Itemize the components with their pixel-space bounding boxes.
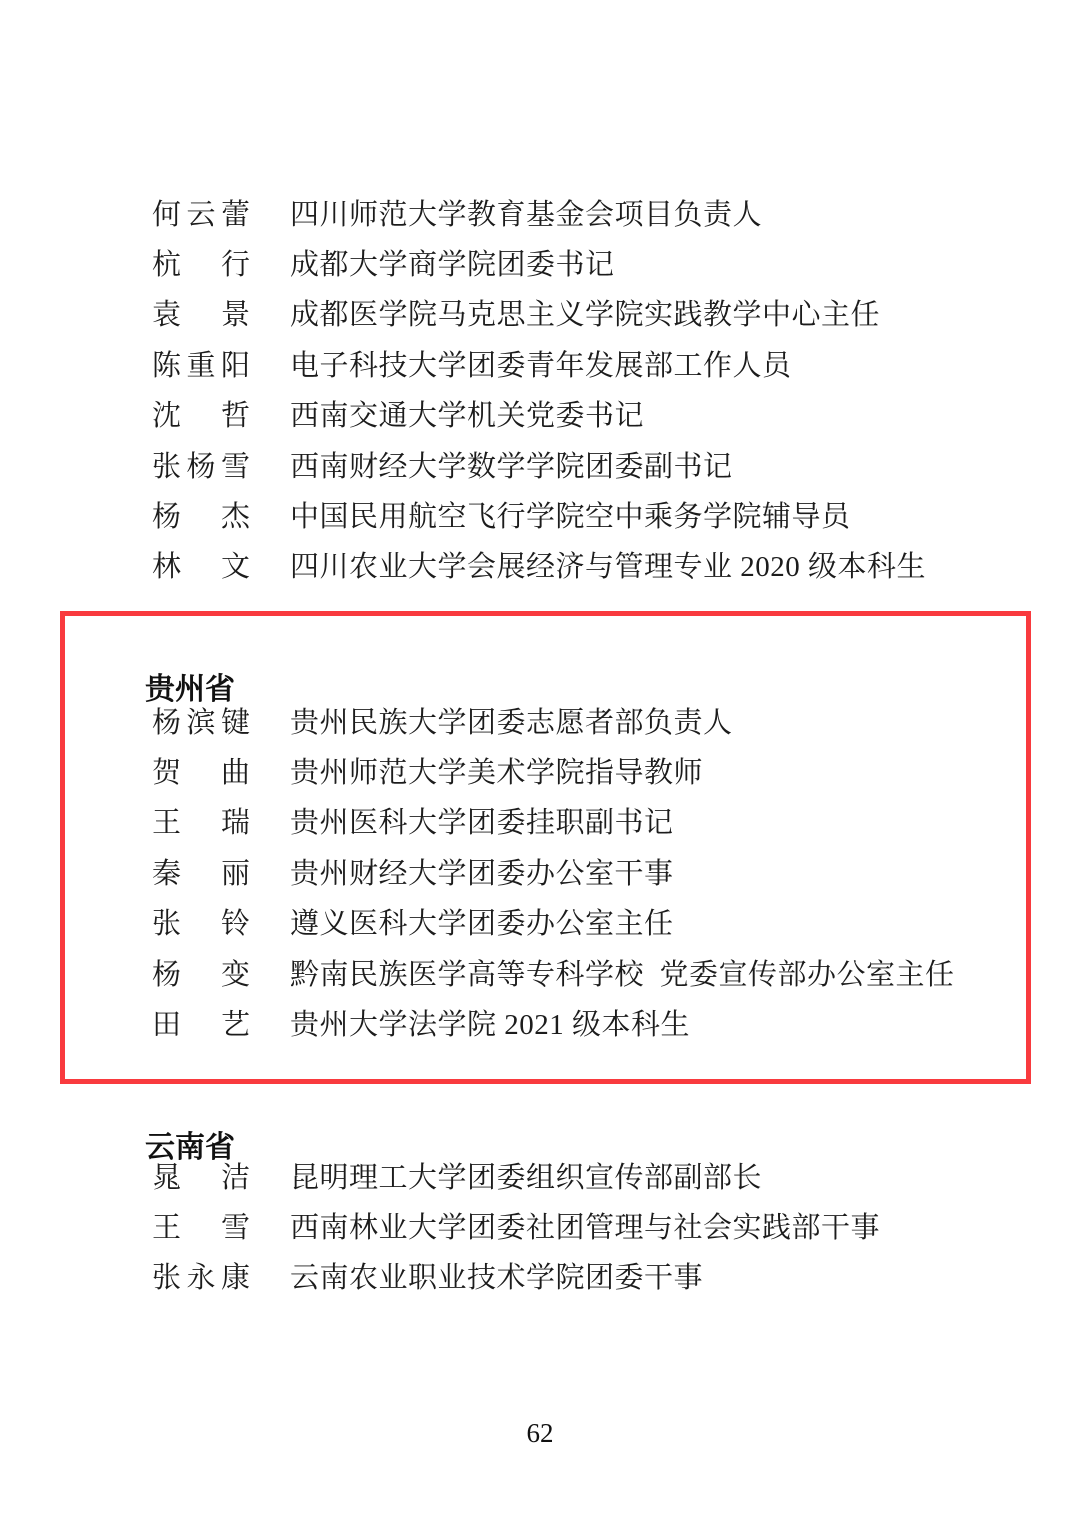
section-sichuan-entries: 何云蕾 四川师范大学教育基金会项目负责人 杭行 成都大学商学院团委书记 袁景 成… — [152, 187, 1040, 590]
person-name: 杨杰 — [152, 494, 250, 535]
person-affiliation: 西南交通大学机关党委书记 — [290, 393, 644, 434]
section-yunnan-entries: 晁洁 昆明理工大学团委组织宣传部副部长 王雪 西南林业大学团委社团管理与社会实践… — [152, 1150, 1040, 1301]
person-affiliation: 遵义医科大学团委办公室主任 — [290, 901, 674, 942]
person-affiliation: 四川师范大学教育基金会项目负责人 — [290, 192, 762, 233]
person-affiliation: 电子科技大学团委青年发展部工作人员 — [290, 343, 792, 384]
list-item: 杨杰 中国民用航空飞行学院空中乘务学院辅导员 — [152, 489, 1040, 539]
list-item: 张永康 云南农业职业技术学院团委干事 — [152, 1251, 1040, 1301]
list-item: 何云蕾 四川师范大学教育基金会项目负责人 — [152, 187, 1040, 237]
list-item: 王瑞 贵州医科大学团委挂职副书记 — [152, 796, 1040, 846]
page-number: 62 — [0, 1418, 1080, 1449]
list-item: 晁洁 昆明理工大学团委组织宣传部副部长 — [152, 1150, 1040, 1200]
person-name: 袁景 — [152, 292, 250, 333]
list-item: 贺曲 贵州师范大学美术学院指导教师 — [152, 745, 1040, 795]
list-item: 杨变 黔南民族医学高等专科学校 党委宣传部办公室主任 — [152, 947, 1040, 997]
person-name: 杭行 — [152, 242, 250, 283]
person-name: 沈哲 — [152, 393, 250, 434]
person-name: 张永康 — [152, 1255, 250, 1296]
document-page: 何云蕾 四川师范大学教育基金会项目负责人 杭行 成都大学商学院团委书记 袁景 成… — [0, 0, 1080, 1527]
person-affiliation: 贵州大学法学院 2021 级本科生 — [290, 1002, 690, 1043]
person-affiliation: 贵州师范大学美术学院指导教师 — [290, 750, 703, 791]
person-affiliation: 成都医学院马克思主义学院实践教学中心主任 — [290, 292, 880, 333]
person-affiliation: 贵州医科大学团委挂职副书记 — [290, 800, 674, 841]
list-item: 田艺 贵州大学法学院 2021 级本科生 — [152, 997, 1040, 1047]
list-item: 张铃 遵义医科大学团委办公室主任 — [152, 897, 1040, 947]
person-affiliation: 黔南民族医学高等专科学校 党委宣传部办公室主任 — [290, 952, 955, 993]
list-item: 陈重阳 电子科技大学团委青年发展部工作人员 — [152, 338, 1040, 388]
person-affiliation: 西南财经大学数学学院团委副书记 — [290, 444, 733, 485]
person-name: 贺曲 — [152, 750, 250, 791]
person-affiliation: 云南农业职业技术学院团委干事 — [290, 1255, 703, 1296]
person-name: 杨滨键 — [152, 700, 250, 741]
person-name: 林文 — [152, 544, 250, 585]
person-name: 晁洁 — [152, 1155, 250, 1196]
person-affiliation: 昆明理工大学团委组织宣传部副部长 — [290, 1155, 762, 1196]
person-affiliation: 西南林业大学团委社团管理与社会实践部干事 — [290, 1205, 880, 1246]
person-name: 杨变 — [152, 952, 250, 993]
person-affiliation: 成都大学商学院团委书记 — [290, 242, 615, 283]
person-name: 王雪 — [152, 1205, 250, 1246]
person-name: 张铃 — [152, 901, 250, 942]
person-affiliation: 中国民用航空飞行学院空中乘务学院辅导员 — [290, 494, 851, 535]
person-name: 王瑞 — [152, 800, 250, 841]
person-affiliation: 四川农业大学会展经济与管理专业 2020 级本科生 — [290, 544, 926, 585]
person-name: 张杨雪 — [152, 444, 250, 485]
list-item: 袁景 成都医学院马克思主义学院实践教学中心主任 — [152, 288, 1040, 338]
person-name: 陈重阳 — [152, 343, 250, 384]
person-affiliation: 贵州财经大学团委办公室干事 — [290, 851, 674, 892]
list-item: 杨滨键 贵州民族大学团委志愿者部负责人 — [152, 695, 1040, 745]
list-item: 王雪 西南林业大学团委社团管理与社会实践部干事 — [152, 1200, 1040, 1250]
person-affiliation: 贵州民族大学团委志愿者部负责人 — [290, 700, 733, 741]
list-item: 沈哲 西南交通大学机关党委书记 — [152, 389, 1040, 439]
person-name: 何云蕾 — [152, 192, 250, 233]
list-item: 林文 四川农业大学会展经济与管理专业 2020 级本科生 — [152, 540, 1040, 590]
list-item: 张杨雪 西南财经大学数学学院团委副书记 — [152, 439, 1040, 489]
section-guizhou-entries: 杨滨键 贵州民族大学团委志愿者部负责人 贺曲 贵州师范大学美术学院指导教师 王瑞… — [152, 695, 1040, 1048]
person-name: 秦丽 — [152, 851, 250, 892]
list-item: 杭行 成都大学商学院团委书记 — [152, 237, 1040, 287]
list-item: 秦丽 贵州财经大学团委办公室干事 — [152, 846, 1040, 896]
person-name: 田艺 — [152, 1002, 250, 1043]
